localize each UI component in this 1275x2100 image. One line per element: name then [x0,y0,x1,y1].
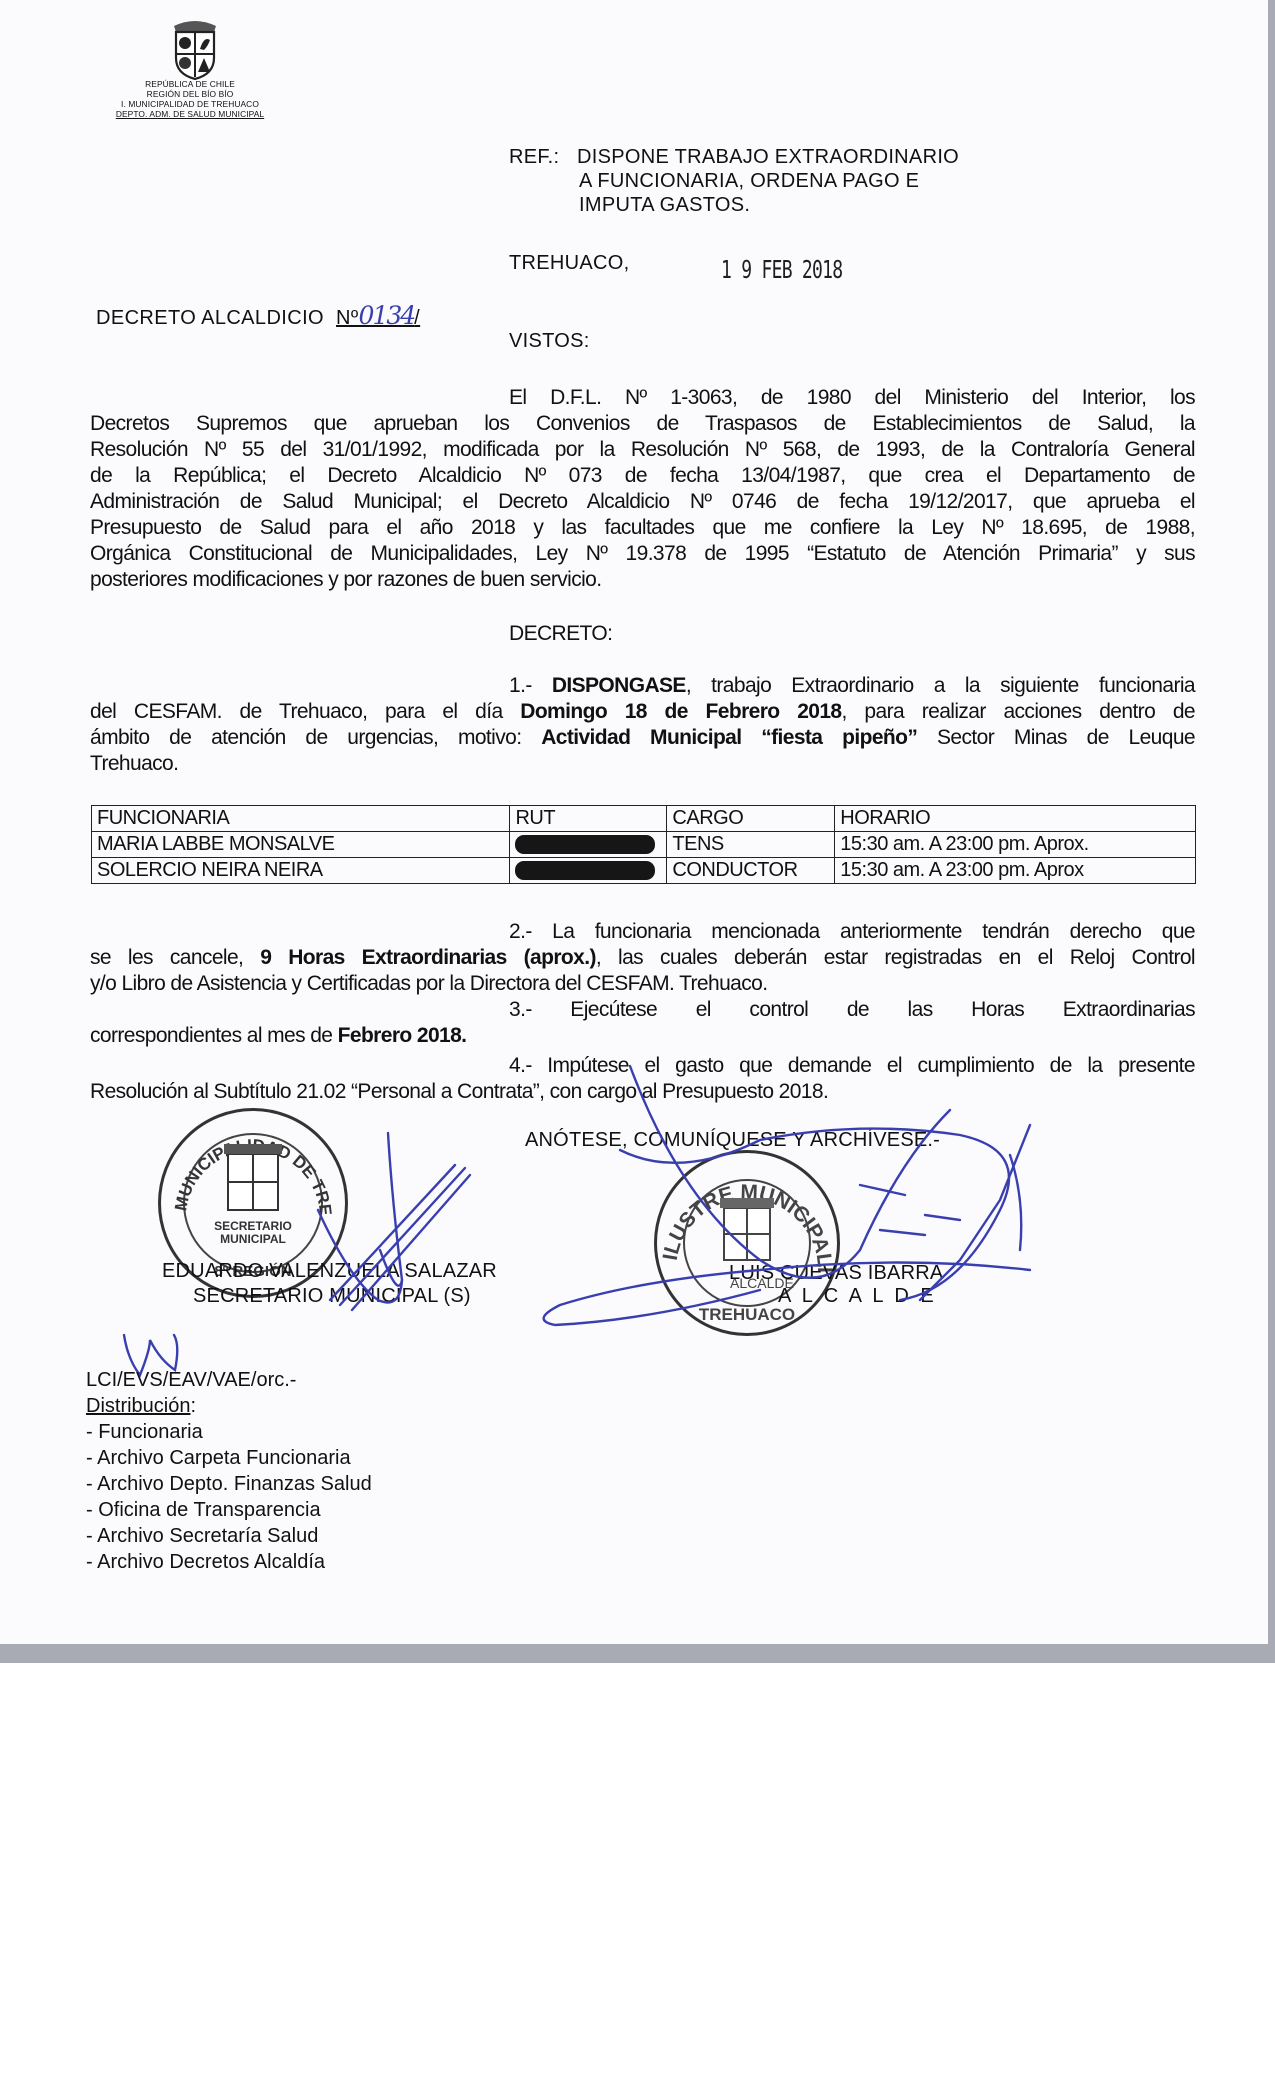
table-header: FUNCIONARIA [92,806,510,832]
letterhead-line-4: DEPTO. ADM. DE SALUD MUNICIPAL [90,110,290,120]
distribution-item: - Archivo Carpeta Funcionaria [86,1445,351,1471]
reference-line-3: IMPUTA GASTOS. [579,194,750,217]
cargo-cell: CONDUCTOR [667,858,835,884]
item1-text-3: , para realizar acciones dentro de [842,700,1195,723]
rut-cell [510,832,667,858]
rut-cell [510,858,667,884]
item1-text: , trabajo Extraordinario a la siguiente … [686,674,1195,697]
place: TREHUACO, [509,252,629,275]
vistos-line-8: posteriores modificaciones y por razones… [90,567,1195,593]
item2-text-3: , las cuales deberán estar registradas e… [596,946,1195,969]
table-row: SOLERCIO NEIRA NEIRA CONDUCTOR 15:30 am.… [92,858,1196,884]
table-header: RUT [510,806,667,832]
distribution-item: - Funcionaria [86,1419,203,1445]
letterhead-dept: DEPTO. ADM. DE SALUD MUNICIPAL [116,109,264,119]
item1-date: Domingo 18 de Febrero 2018 [520,700,841,723]
mayor-name: LUIS CUEVAS IBARRA [729,1262,943,1285]
vistos-line-1: El D.F.L. Nº 1-3063, de 1980 del Ministe… [509,385,1195,411]
item2-number: 2.- [509,920,532,943]
cargo-cell: TENS [667,832,835,858]
item1-number: 1.- [509,674,532,697]
item4-number: 4.- [509,1054,532,1077]
scan-border-right [1268,0,1275,1663]
item3-number: 3.- [509,998,532,1021]
decree-title: DECRETO ALCALDICIO Nº0134/ [96,301,420,330]
item3-month: Febrero 2018. [338,1024,467,1047]
decree-number-suffix: / [414,307,420,329]
item1-text-4: ámbito de atención de urgencias, motivo: [90,726,521,749]
item2-line-3: y/o Libro de Asistencia y Certificadas p… [90,971,1195,997]
svg-text:MUNICIPAL: MUNICIPAL [220,1232,286,1246]
distribution-item: - Archivo Depto. Finanzas Salud [86,1471,372,1497]
item1-line-3: ámbito de atención de urgencias, motivo:… [90,725,1195,751]
decree-number: Nº0134/ [336,307,420,329]
item2-text: La funcionaria mencionada anteriormente … [552,920,1195,943]
municipal-coat-of-arms-icon [168,16,222,80]
item2-line-1: 2.- La funcionaria mencionada anteriorme… [509,919,1195,945]
item1-line-2: del CESFAM. de Trehuaco, para el día Dom… [90,699,1195,725]
item1-bold: DISPONGASE [552,674,686,697]
item3-line-1: 3.- Ejecútese el control de las Horas Ex… [509,997,1195,1023]
vistos-heading: VISTOS: [509,330,590,353]
item2-hours: 9 Horas Extraordinarias (aprox.) [260,946,596,969]
item2-text-2: se les cancele, [90,946,260,969]
scan-border-bottom [0,1644,1275,1663]
staff-table: FUNCIONARIA RUT CARGO HORARIO MARIA LABB… [91,805,1196,884]
horario-cell: 15:30 am. A 23:00 pm. Aprox. [835,832,1196,858]
item4-line-1: 4.- Impútese el gasto que demande el cum… [509,1053,1195,1079]
vistos-line-4: de la República; el Decreto Alcaldicio N… [90,463,1195,489]
item1-activity: Actividad Municipal “fiesta pipeño” [541,726,917,749]
distribution-item: - Archivo Decretos Alcaldía [86,1549,325,1575]
date-stamp: 1 9 FEB 2018 [721,255,842,284]
distribution-heading: Distribución: [86,1393,196,1419]
reference-label: REF.: [509,146,559,169]
vistos-line-7: Orgánica Constitucional de Municipalidad… [90,541,1195,567]
svg-text:SECRETARIO: SECRETARIO [214,1219,292,1233]
item2-line-2: se les cancele, 9 Horas Extraordinarias … [90,945,1195,971]
vistos-line-5: Administración de Salud Municipal; el De… [90,489,1195,515]
table-header: CARGO [667,806,835,832]
decree-number-prefix: Nº [336,307,359,329]
vistos-line-2: Decretos Supremos que aprueban los Conve… [90,411,1195,437]
item1-line-4: Trehuaco. [90,751,1195,777]
reference-line-1: DISPONE TRABAJO EXTRAORDINARIO [577,146,959,169]
item3-text-2: correspondientes al mes de [90,1024,332,1047]
table-row: MARIA LABBE MONSALVE TENS 15:30 am. A 23… [92,832,1196,858]
item3-line-2: correspondientes al mes de Febrero 2018. [90,1023,1195,1049]
reference-line-2: A FUNCIONARIA, ORDENA PAGO E [579,170,919,193]
distribution-item: - Oficina de Transparencia [86,1497,321,1523]
redaction-mark [515,835,655,854]
item4-text: Impútese el gasto que demande el cumplim… [547,1054,1195,1077]
vistos-line-3: Resolución Nº 55 del 31/01/1992, modific… [90,437,1195,463]
mayor-title: A L C A L D E [778,1285,937,1308]
reference-initials: LCI/EVS/EAV/VAE/orc.- [86,1367,296,1393]
redaction-mark [515,861,655,880]
table-header: HORARIO [835,806,1196,832]
item1-text-5: Sector Minas de Leuque [937,726,1195,749]
distribution-heading-text: Distribución [86,1395,190,1417]
decree-label: DECRETO ALCALDICIO [96,307,324,329]
decree-number-handwritten: 0134 [359,301,415,330]
table-header-row: FUNCIONARIA RUT CARGO HORARIO [92,806,1196,832]
decreto-heading: DECRETO: [509,621,709,647]
secretary-name: EDUARDO VALENZUELA SALAZAR [162,1260,497,1283]
horario-cell: 15:30 am. A 23:00 pm. Aprox [835,858,1196,884]
item4-line-2: Resolución al Subtítulo 21.02 “Personal … [90,1079,1195,1105]
mayor-seal-text: ILUSTRE MUNICIPALIDAD ALCALDE TREHUACO [654,1150,840,1336]
item1-line-1: 1.- DISPONGASE, trabajo Extraordinario a… [509,673,1195,699]
closing-formula: ANÓTESE, COMUNÍQUESE Y ARCHÍVESE.- [525,1129,940,1152]
distribution-item: - Archivo Secretaría Salud [86,1523,318,1549]
vistos-line-6: Presupuesto de Salud para el año 2018 y … [90,515,1195,541]
funcionaria-cell: MARIA LABBE MONSALVE [92,832,510,858]
secretary-title: SECRETARIO MUNICIPAL (S) [193,1285,471,1308]
item1-text-2: del CESFAM. de Trehuaco, para el día [90,700,503,723]
funcionaria-cell: SOLERCIO NEIRA NEIRA [92,858,510,884]
item3-text: Ejecútese el control de las Horas Extrao… [570,998,1195,1021]
